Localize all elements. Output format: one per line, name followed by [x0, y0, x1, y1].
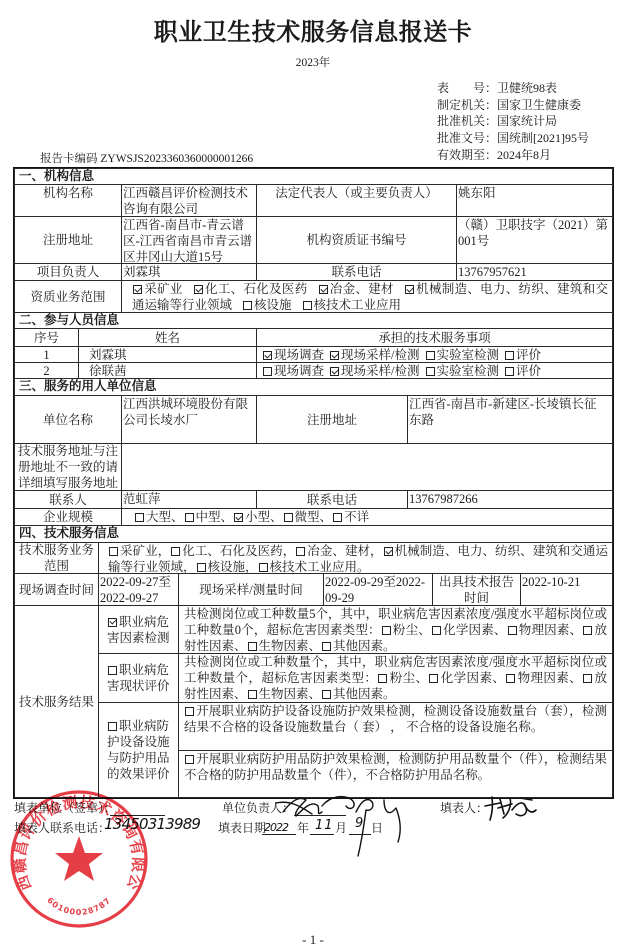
checkbox[interactable]	[234, 513, 243, 522]
scale-option-label: 小型、	[245, 510, 283, 524]
legal-rep-label: 法定代表人（或主要负责人）	[275, 186, 438, 200]
org-name-label: 机构名称	[43, 186, 93, 200]
checkbox[interactable]	[333, 513, 342, 522]
meta-value: 国家统计局	[497, 114, 557, 128]
person-no: 2	[43, 363, 49, 379]
legal-rep-value: 姚东阳	[458, 186, 496, 200]
factor-label: 物理因素、	[519, 623, 583, 637]
scope-option-label: 冶金、建材	[330, 282, 394, 296]
scope-option: 化工、石化及医药	[193, 282, 308, 296]
status-eval-content-cell: 共检测岗位或工种数量个，其中，职业病危害因素浓度/强度水平超标岗位或工种数量个，…	[178, 653, 613, 703]
service-option-label: 实验室检测	[437, 348, 500, 362]
contact-cell: 范虹萍	[121, 490, 257, 509]
scope-option-label: 化工、石化及医药，	[182, 544, 295, 558]
person-1-name-cell: 刘霖琪	[78, 346, 257, 363]
month-unit: 月	[335, 821, 347, 835]
date-month-handwritten: 11	[315, 818, 334, 833]
detection-label-cell: 职业病危害因素检测	[98, 605, 179, 654]
service-option-label: 现场采样/检测	[341, 348, 419, 362]
employer-name-value: 江西洪城环境股份有限公司长堎水厂	[123, 397, 248, 427]
date-day-handwritten: 9	[355, 816, 363, 831]
service-option-label: 评价	[516, 348, 541, 362]
section-title: 三、服务的用人单位信息	[19, 379, 157, 393]
card-code: 报告卡编码 ZYWSJS2023360360000001266	[40, 152, 253, 166]
sampling-time-label: 现场采样/测量时间	[199, 582, 302, 598]
factor-label: 其他因素。	[333, 639, 396, 653]
person-1-services-cell: 现场调查现场采样/检测实验室检测评价	[256, 346, 613, 363]
page-title: 职业卫生技术服务信息报送卡	[0, 16, 626, 50]
checkbox[interactable]	[505, 351, 514, 360]
service-option: 评价	[504, 364, 541, 378]
results-label-cell: 技术服务结果	[14, 605, 99, 798]
factor-label: 生物因素、	[259, 687, 322, 701]
person-1-no-cell: 1	[14, 346, 79, 363]
employer-phone-label: 联系电话	[307, 492, 357, 508]
meta-label: 批准文号：	[437, 131, 497, 145]
factor-option: 粉尘、	[381, 623, 431, 637]
survey-time-cell: 2022-09-27至2022-09-27	[98, 573, 179, 606]
cert-no-cell: （赣）卫职技字（2021）第001号	[456, 216, 613, 264]
scale-options-cell: 大型、中型、小型、微型、不详	[121, 508, 613, 526]
checkbox[interactable]	[171, 547, 180, 556]
scale-option-label: 大型、	[146, 510, 184, 524]
checkbox[interactable]	[197, 563, 206, 572]
factor-option: 化学因素、	[428, 671, 505, 685]
detection-option: 职业病危害因素检测	[107, 614, 170, 646]
service-option: 实验室检测	[425, 364, 500, 378]
meta-label: 制定机关：	[437, 98, 497, 112]
checkbox[interactable]	[194, 285, 203, 294]
checkbox[interactable]	[382, 626, 391, 635]
section-title: 四、技术服务信息	[19, 526, 119, 540]
col-header-no: 序号	[14, 328, 79, 347]
org-name-label-cell: 机构名称	[14, 184, 122, 217]
checkbox[interactable]	[319, 285, 328, 294]
person-name: 刘霖琪	[89, 348, 127, 362]
factor-option: 生物因素、	[247, 687, 322, 701]
checkbox[interactable]	[384, 547, 393, 556]
reg-address-value: 江西省-南昌市-青云谱区-江西省南昌市青云谱区井冈山大道15号	[123, 218, 252, 264]
ppe-eval-text: 开展职业病防护用品防护效果检测，检测防护用品数量个（件），检测结果不合格的防护用…	[184, 752, 607, 782]
scale-option-micro: 微型、	[283, 510, 333, 524]
column-header: 姓名	[155, 330, 180, 346]
year-unit: 年	[297, 821, 309, 835]
checkbox[interactable]	[108, 618, 117, 627]
meta-issuing-authority: 制定机关：国家卫生健康委	[437, 97, 589, 114]
scope-option-label: 核技术工业应用。	[270, 560, 370, 574]
org-phone-value: 13767957621	[458, 265, 527, 279]
legal-rep-label-cell: 法定代表人（或主要负责人）	[256, 184, 457, 217]
checkbox[interactable]	[243, 301, 252, 310]
status-eval-label-cell: 职业病危害现状评价	[98, 653, 179, 703]
scope-option-label: 采矿业，	[120, 544, 170, 558]
qual-scope-label: 资质业务范围	[30, 289, 105, 305]
service-scope-label-cell: 技术服务业务范围	[14, 542, 99, 574]
sampling-time-cell: 2022-09-29至2022-09-29	[323, 573, 433, 606]
checkbox[interactable]	[259, 563, 268, 572]
cert-no-value: （赣）卫职技字（2021）第001号	[458, 218, 608, 248]
scope-option: 采矿业，	[108, 544, 170, 558]
project-lead-cell: 刘霖琪	[121, 263, 257, 281]
checkbox[interactable]	[322, 642, 331, 651]
service-option: 现场采样/检测	[329, 348, 419, 362]
scope-option-label: 核设施，	[208, 560, 258, 574]
org-name-value: 江西赣昌评价检测技术咨询有限公司	[123, 186, 248, 216]
factor-option: 生物因素、	[247, 639, 322, 653]
meta-form-number: 表 号：卫健统98表	[437, 80, 589, 97]
factor-label: 物理因素、	[517, 671, 582, 685]
factor-label: 其他因素。	[333, 687, 396, 701]
meta-value: 国统制[2021]95号	[497, 131, 589, 145]
employer-phone-label-cell: 联系电话	[256, 490, 408, 509]
project-lead-label-cell: 项目负责人	[14, 263, 122, 281]
service-scope-cell: 采矿业，化工、石化及医药，冶金、建材，机械制造、电力、纺织、建筑和交通运输等行业…	[98, 542, 613, 574]
employer-name-label-cell: 单位名称	[14, 395, 122, 444]
org-phone-cell: 13767957621	[456, 263, 613, 281]
scope-option-label: 冶金、建材，	[307, 544, 382, 558]
factor-option: 其他因素。	[321, 687, 396, 701]
service-option: 实验室检测	[425, 348, 500, 362]
section-title: 一、机构信息	[19, 169, 94, 183]
scope-option-label: 化工、石化及医药	[205, 282, 308, 296]
report-time-label-cell: 出具技术报告时间	[432, 573, 521, 606]
service-option-label: 现场调查	[274, 348, 324, 362]
service-address-label: 技术服务地址与注册地址不一致的请详细填写服务地址	[18, 443, 118, 491]
person-2-no-cell: 2	[14, 362, 79, 379]
section-title: 二、参与人员信息	[19, 313, 119, 327]
service-address-cell	[121, 443, 613, 491]
meta-approving-authority: 批准机关：国家统计局	[437, 113, 589, 130]
fill-date-label: 填表日期	[218, 821, 266, 835]
checkbox[interactable]	[330, 367, 339, 376]
section-2-header: 二、参与人员信息	[14, 312, 613, 329]
org-name-cell: 江西赣昌评价检测技术咨询有限公司	[121, 184, 257, 217]
qual-scope-label-cell: 资质业务范围	[14, 280, 122, 313]
ppe-eval-content-cell: 开展职业病防护用品防护效果检测，检测防护用品数量个（件），检测结果不合格的防护用…	[178, 750, 613, 798]
col-header-name: 姓名	[78, 328, 257, 347]
meta-value: 国家卫生健康委	[497, 98, 581, 112]
col-header-services: 承担的技术服务事项	[256, 328, 613, 347]
reg-address-cell: 江西省-南昌市-青云谱区-江西省南昌市青云谱区井冈山大道15号	[121, 216, 257, 264]
reg-address-label-cell: 注册地址	[14, 216, 122, 264]
checkbox[interactable]	[108, 666, 117, 675]
checkbox[interactable]	[284, 513, 293, 522]
date-day-underline	[349, 834, 371, 835]
scope-option: 化工、石化及医药，	[170, 544, 295, 558]
person-name: 徐联茜	[89, 364, 127, 378]
meta-label: 有效期至：	[437, 148, 497, 162]
scale-option-small: 小型、	[233, 510, 283, 524]
date-year-underline	[262, 834, 296, 835]
contact-value: 范虹萍	[123, 492, 161, 506]
checkbox[interactable]	[263, 351, 272, 360]
employer-address-label-cell: 注册地址	[256, 395, 408, 444]
scope-option-label: 采矿业	[144, 282, 183, 296]
service-option: 现场调查	[262, 364, 324, 378]
scale-label: 企业规模	[43, 509, 93, 525]
cert-no-label-cell: 机构资质证书编号	[256, 216, 457, 264]
factor-label: 化学因素、	[443, 623, 507, 637]
project-lead-value: 刘霖琪	[123, 265, 161, 279]
employer-address-cell: 江西省-南昌市-新建区-长堎镇长征东路	[407, 395, 613, 444]
factor-option: 其他因素。	[321, 639, 396, 653]
checkbox[interactable]	[426, 351, 435, 360]
scope-option: 冶金、建材，	[295, 544, 382, 558]
factor-option: 化学因素、	[431, 623, 507, 637]
scope-option: 核设施，	[196, 560, 258, 574]
checkbox[interactable]	[303, 301, 312, 310]
service-option: 现场采样/检测	[329, 364, 419, 378]
report-time-label: 出具技术报告时间	[437, 574, 516, 606]
sampling-time-value: 2022-09-29至2022-09-29	[325, 575, 425, 605]
factor-option: 粉尘、	[377, 671, 428, 685]
report-time-cell: 2022-10-21	[520, 573, 613, 606]
status-eval-option: 职业病危害现状评价	[107, 662, 170, 694]
section-3-header: 三、服务的用人单位信息	[14, 378, 613, 396]
employer-name-cell: 江西洪城环境股份有限公司长堎水厂	[121, 395, 257, 444]
scale-option-large: 大型、	[134, 510, 184, 524]
checkbox[interactable]	[426, 367, 435, 376]
checkbox[interactable]	[296, 547, 305, 556]
factor-label: 粉尘、	[389, 671, 428, 685]
service-scope-label: 技术服务业务范围	[16, 542, 97, 574]
meta-valid-until: 有效期至：2024年8月	[437, 147, 589, 164]
cert-no-label: 机构资质证书编号	[306, 232, 406, 248]
scale-option-medium: 中型、	[184, 510, 234, 524]
person-2-services-cell: 现场调查现场采样/检测实验室检测评价	[256, 362, 613, 379]
checkbox[interactable]	[330, 351, 339, 360]
service-option: 现场调查	[262, 348, 324, 362]
contact-label: 联系人	[49, 492, 87, 508]
legal-rep-cell: 姚东阳	[456, 184, 613, 217]
employer-phone-value: 13767987266	[409, 492, 478, 506]
factor-option: 物理因素、	[505, 671, 582, 685]
scale-option-label: 微型、	[295, 510, 333, 524]
unit-head-label: 单位负责人：	[222, 801, 294, 815]
org-phone-label-cell: 联系电话	[256, 263, 457, 281]
checkbox[interactable]	[108, 722, 117, 731]
filler-signature	[485, 797, 536, 820]
checkbox[interactable]	[322, 690, 331, 699]
meta-label: 表 号：	[437, 81, 497, 95]
factor-option: 物理因素、	[507, 623, 583, 637]
meta-approval-number: 批准文号：国统制[2021]95号	[437, 130, 589, 147]
protection-eval-label-cell: 职业病防护设备设施与防护用品的效果评价	[98, 702, 179, 798]
scale-option-label: 不详	[344, 510, 369, 524]
sampling-time-label-cell: 现场采样/测量时间	[178, 573, 324, 606]
scope-option: 采矿业	[132, 282, 183, 296]
checkbox[interactable]	[263, 367, 272, 376]
meta-label: 批准机关：	[437, 114, 497, 128]
survey-time-label: 现场调查时间	[19, 582, 94, 598]
checkbox[interactable]	[405, 285, 414, 294]
scale-option-unknown: 不详	[332, 510, 369, 524]
factor-label: 生物因素、	[259, 639, 322, 653]
date-month-underline	[310, 834, 334, 835]
factor-label: 粉尘、	[393, 623, 431, 637]
filler-label: 填表人：	[440, 801, 488, 815]
checkbox[interactable]	[185, 755, 194, 764]
form-meta-block: 表 号：卫健统98表 制定机关：国家卫生健康委 批准机关：国家统计局 批准文号：…	[437, 80, 589, 164]
qual-scope-cell: 采矿业化工、石化及医药冶金、建材机械制造、电力、纺织、建筑和交通运输等行业领域核…	[121, 280, 613, 313]
service-address-label-cell: 技术服务地址与注册地址不一致的请详细填写服务地址	[14, 443, 122, 491]
page-number: - 1 -	[0, 932, 626, 948]
scale-label-cell: 企业规模	[14, 508, 122, 526]
report-card-page: 职业卫生技术服务信息报送卡 2023年 表 号：卫健统98表 制定机关：国家卫生…	[0, 0, 626, 950]
checkbox[interactable]	[133, 285, 142, 294]
scope-option: 核技术工业应用。	[258, 560, 370, 574]
employer-phone-cell: 13767987266	[407, 490, 613, 509]
checkbox[interactable]	[508, 626, 517, 635]
checkbox[interactable]	[583, 674, 592, 683]
checkbox[interactable]	[135, 513, 144, 522]
checkbox[interactable]	[248, 690, 257, 699]
service-option: 评价	[504, 348, 541, 362]
checkbox[interactable]	[185, 513, 194, 522]
report-time-value: 2022-10-21	[522, 575, 580, 589]
checkbox[interactable]	[185, 707, 194, 716]
employer-address-label: 注册地址	[307, 412, 357, 428]
section-4-header: 四、技术服务信息	[14, 525, 613, 543]
column-header: 承担的技术服务事项	[378, 330, 491, 346]
column-header: 序号	[34, 330, 59, 346]
official-seal: 江西赣昌评价检测技术咨询有限公司 3601000287875	[8, 788, 150, 930]
scale-option-label: 中型、	[196, 510, 234, 524]
service-option-label: 实验室检测	[437, 364, 500, 378]
employer-name-label: 单位名称	[43, 412, 93, 428]
meta-value: 卫健统98表	[497, 81, 557, 95]
equipment-eval-text: 开展职业病防护设备设施防护效果检测，检测设备设施数量台（套），检测结果不合格的设…	[184, 704, 607, 734]
reg-address-label: 注册地址	[43, 232, 93, 248]
scope-option: 核设施	[242, 298, 292, 312]
protection-eval-option: 职业病防护设备设施与防护用品的效果评价	[107, 718, 170, 782]
report-year: 2023年	[0, 56, 626, 70]
person-no: 1	[43, 347, 49, 363]
scope-option: 核技术工业应用	[302, 298, 402, 312]
checkbox[interactable]	[109, 547, 118, 556]
checkbox[interactable]	[378, 674, 387, 683]
scope-option-label: 核技术工业应用	[314, 298, 402, 312]
checkbox[interactable]	[505, 367, 514, 376]
day-unit: 日	[371, 821, 383, 835]
service-option-label: 现场采样/检测	[341, 364, 419, 378]
employer-address-value: 江西省-南昌市-新建区-长堎镇长征东路	[409, 397, 597, 427]
card-code-label: 报告卡编码	[40, 153, 98, 165]
service-option-label: 现场调查	[274, 364, 324, 378]
checkbox[interactable]	[583, 626, 592, 635]
scope-option: 冶金、建材	[318, 282, 394, 296]
org-phone-label: 联系电话	[331, 264, 381, 280]
unit-head-underline	[294, 815, 346, 816]
card-code-value: ZYWSJS2023360360000001266	[100, 153, 253, 165]
checkbox[interactable]	[506, 674, 515, 683]
checkbox[interactable]	[432, 626, 441, 635]
meta-value: 2024年8月	[497, 148, 551, 162]
contact-label-cell: 联系人	[14, 490, 122, 509]
survey-time-label-cell: 现场调查时间	[14, 573, 99, 606]
equipment-eval-content-cell: 开展职业病防护设备设施防护效果检测，检测设备设施数量台（套），检测结果不合格的设…	[178, 702, 613, 751]
person-2-name-cell: 徐联茜	[78, 362, 257, 379]
seal-star-icon	[55, 836, 103, 881]
factor-label: 化学因素、	[440, 671, 505, 685]
scope-option-label: 核设施	[254, 298, 292, 312]
service-option-label: 评价	[516, 364, 541, 378]
checkbox[interactable]	[429, 674, 438, 683]
date-year-handwritten: 2022	[264, 821, 288, 834]
survey-time-value: 2022-09-27至2022-09-27	[100, 575, 171, 605]
section-1-header: 一、机构信息	[14, 168, 613, 185]
checkbox[interactable]	[248, 642, 257, 651]
detection-content-cell: 共检测岗位或工种数量5个，其中，职业病危害因素浓度/强度水平超标岗位或工种数量0…	[178, 605, 613, 654]
results-label: 技术服务结果	[19, 694, 94, 710]
project-lead-label: 项目负责人	[37, 264, 100, 280]
